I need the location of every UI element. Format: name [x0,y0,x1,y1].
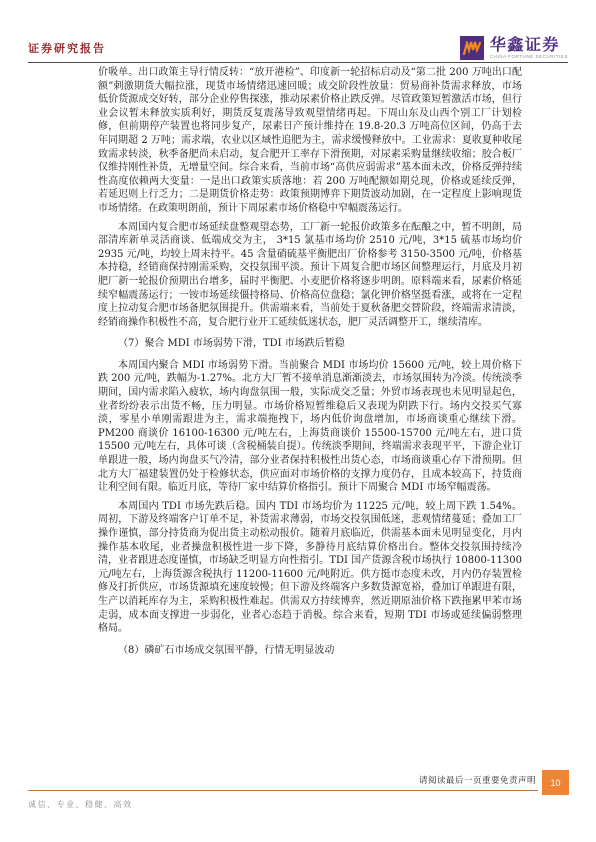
report-page: 证券研究报告 华鑫证券 CHINA FORTUNE SECURITIES 价吸单… [0,0,596,842]
company-logo: 华鑫证券 CHINA FORTUNE SECURITIES [460,36,568,60]
page-header: 证券研究报告 华鑫证券 CHINA FORTUNE SECURITIES [28,30,568,60]
company-name: 华鑫证券 [490,37,568,53]
report-type-label: 证券研究报告 [28,40,106,60]
header-divider [28,62,568,63]
section-heading: （7）聚合 MDI 市场弱势下滑，TDI 市场跌后暂稳 [98,337,522,351]
body-paragraph: 本周国内聚合 MDI 市场弱势下滑。当前聚合 MDI 市场均价 15600 元/… [98,359,522,495]
huaxin-logo-icon [460,36,484,60]
body-paragraph: 价吸单。出口政策主导行情反转：“放开港检”、印度新一轮招标启动及“第二批 200… [98,66,522,216]
company-name-en: CHINA FORTUNE SECURITIES [490,55,568,60]
footer-slogan: 诚信、专业、稳健、高效 [28,799,133,810]
page-number-badge: 10 [542,770,569,795]
section-heading: （8）磷矿石市场成交氛围平静，行情无明显波动 [98,644,522,658]
body-paragraph: 本周国内复合肥市场延续盘整观望态势，工厂新一轮报价政策多在酝酿之中，暂不明朗，局… [98,221,522,330]
company-logo-text: 华鑫证券 CHINA FORTUNE SECURITIES [490,37,568,60]
body-paragraph: 本周国内 TDI 市场先跌后稳。国内 TDI 市场均价为 11225 元/吨，较… [98,500,522,636]
footer-disclaimer: 请阅读最后一页重要免责声明 [419,774,536,786]
document-body: 价吸单。出口政策主导行情反转：“放开港检”、印度新一轮招标启动及“第二批 200… [98,66,522,665]
footer-divider [28,790,538,791]
